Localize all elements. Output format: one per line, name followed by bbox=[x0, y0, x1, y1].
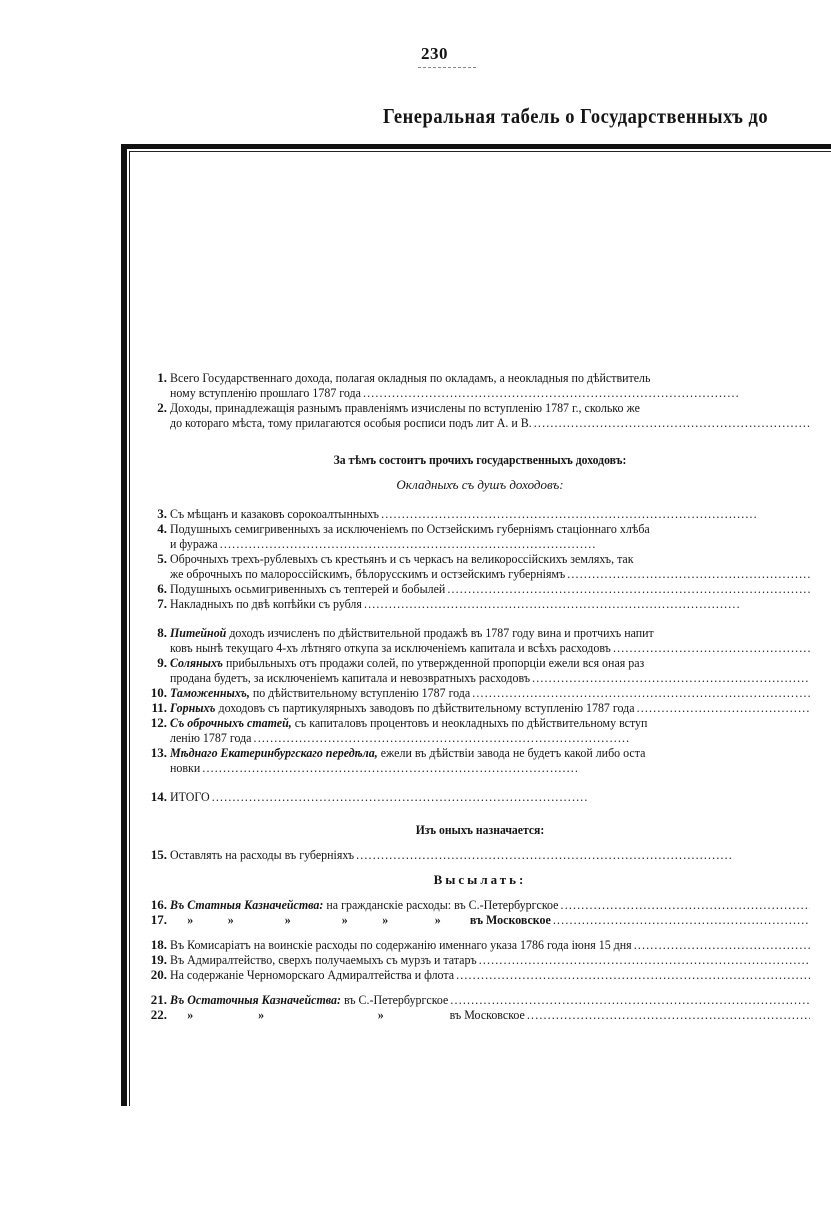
item-italic-lead: Соляныхъ bbox=[170, 655, 223, 670]
item-text: Питейной доходъ изчисленъ по дѣйствитель… bbox=[170, 625, 759, 640]
section-subheading-capitation: Окладныхъ съ душъ доходовъ: bbox=[150, 477, 810, 492]
item-text: Въ Комисаріатъ на воинскіе расходы по со… bbox=[170, 937, 759, 952]
item-text-rest: доходовъ съ партикулярныхъ заводовъ по д… bbox=[215, 700, 634, 715]
item-text-rest: по дѣйствительному вступленію 1787 года bbox=[250, 685, 470, 700]
list-item-21: 21. Въ Остаточныя Казначейства: въ С.-Пе… bbox=[150, 992, 810, 1007]
item-text: Въ Остаточныя Казначейства: въ С.-Петерб… bbox=[170, 992, 759, 1007]
item-text: Мѣднаго Екатеринбургскаго передѣла, ежел… bbox=[170, 745, 759, 760]
item-italic-lead: Въ Статныя Казначейства: bbox=[170, 897, 323, 912]
item-text-continued: до котораго мѣста, тому прилагаются особ… bbox=[170, 415, 759, 430]
ditto-marks: »»»»»» bbox=[170, 912, 470, 927]
item-text: Съ оброчныхъ статей, съ капиталовъ проце… bbox=[170, 715, 759, 730]
item-text: Доходы, принадлежащія разнымъ правленіям… bbox=[170, 400, 759, 415]
table-body: 1. Всего Государственнаго дохода, полага… bbox=[150, 370, 810, 1022]
item-italic-lead: Таможенныхъ, bbox=[170, 685, 250, 700]
item-number: 4. bbox=[150, 521, 167, 536]
section-heading-other-revenues: За тѣмъ состоитъ прочихъ государственных… bbox=[183, 452, 777, 467]
item-text: Накладныхъ по двѣ копѣйки съ рубля bbox=[170, 596, 759, 611]
item-text: Всего Государственнаго дохода, полагая о… bbox=[170, 370, 759, 385]
item-text: Оставлять на расходы въ губерніяхъ bbox=[170, 847, 759, 862]
item-number: 7. bbox=[150, 596, 167, 611]
item-text-rest: въ Московское bbox=[450, 1007, 525, 1022]
list-item-15: 15. Оставлять на расходы въ губерніяхъ bbox=[150, 847, 810, 862]
item-text-continued: продана будетъ, за исключеніемъ капитала… bbox=[170, 670, 759, 685]
item-number: 8. bbox=[150, 625, 167, 640]
list-item-16: 16. Въ Статныя Казначейства: на гражданс… bbox=[150, 897, 810, 912]
item-number: 22. bbox=[150, 1007, 167, 1022]
item-text: Оброчныхъ трехъ-рублевыхъ съ крестьянъ и… bbox=[170, 551, 759, 566]
item-number: 16. bbox=[150, 897, 167, 912]
item-number: 11. bbox=[150, 700, 167, 715]
list-item-6: 6. Подушныхъ осьмигривенныхъ съ тептерей… bbox=[150, 581, 810, 596]
item-text: Соляныхъ прибыльныхъ отъ продажи солей, … bbox=[170, 655, 759, 670]
item-number: 6. bbox=[150, 581, 167, 596]
ditto-marks: »»» bbox=[170, 1007, 450, 1022]
item-number: 10. bbox=[150, 685, 167, 700]
list-item-13: 13. Мѣднаго Екатеринбургскаго передѣла, … bbox=[150, 745, 810, 775]
item-text: Въ Статныя Казначейства: на гражданскіе … bbox=[170, 897, 759, 912]
item-number: 17. bbox=[150, 912, 167, 927]
item-number: 3. bbox=[150, 506, 167, 521]
item-text-continued: и фуража bbox=[170, 536, 759, 551]
section-heading-assigned: Изъ оныхъ назначается: bbox=[183, 822, 777, 837]
list-item-4: 4. Подушныхъ семигривенныхъ за исключені… bbox=[150, 521, 810, 551]
item-number: 2. bbox=[150, 400, 167, 415]
item-number: 18. bbox=[150, 937, 167, 952]
item-text-rest: въ С.-Петербургское bbox=[341, 992, 448, 1007]
item-number: 9. bbox=[150, 655, 167, 670]
item-text-rest: въ Московское bbox=[470, 912, 551, 927]
list-item-22: 22. »»»въ Московское bbox=[150, 1007, 810, 1022]
item-number: 19. bbox=[150, 952, 167, 967]
item-text: На содержаніе Черноморскаго Адмиралтейст… bbox=[170, 967, 759, 982]
list-item-18: 18. Въ Комисаріатъ на воинскіе расходы п… bbox=[150, 937, 810, 952]
item-text: ИТОГО bbox=[170, 789, 759, 804]
list-item-8: 8. Питейной доходъ изчисленъ по дѣйствит… bbox=[150, 625, 810, 655]
item-text: Въ Адмиралтейство, сверхъ получаемыхъ съ… bbox=[170, 952, 759, 967]
item-text-rest: прибыльныхъ отъ продажи солей, по утверж… bbox=[223, 655, 644, 670]
item-number: 12. bbox=[150, 715, 167, 730]
item-number: 15. bbox=[150, 847, 167, 862]
item-number: 1. bbox=[150, 370, 167, 385]
list-item-19: 19. Въ Адмиралтейство, сверхъ получаемых… bbox=[150, 952, 810, 967]
list-item-7: 7. Накладныхъ по двѣ копѣйки съ рубля bbox=[150, 596, 810, 611]
item-text-continued: ному вступленію прошлаго 1787 года bbox=[170, 385, 759, 400]
page-number-rule bbox=[418, 67, 476, 68]
item-text-continued: ковъ нынѣ текущаго 4-хъ лѣтняго откупа з… bbox=[170, 640, 759, 655]
item-number: 5. bbox=[150, 551, 167, 566]
item-italic-lead: Питейной bbox=[170, 625, 226, 640]
item-text-continued: ленію 1787 года bbox=[170, 730, 759, 745]
list-item-11: 11. Горныхъ доходовъ съ партикулярныхъ з… bbox=[150, 700, 810, 715]
page-title: Генеральная табель о Государственныхъ до bbox=[383, 104, 768, 129]
item-text-rest: доходъ изчисленъ по дѣйствительной прода… bbox=[226, 625, 653, 640]
list-item-3: 3. Съ мѣщанъ и казаковъ сорокоалтынныхъ bbox=[150, 506, 810, 521]
list-item-17: 17. »»»»»»въ Московское bbox=[150, 912, 810, 927]
item-italic-lead: Мѣднаго Екатеринбургскаго передѣла, bbox=[170, 745, 378, 760]
item-italic-lead: Горныхъ bbox=[170, 700, 215, 715]
item-text: Подушныхъ семигривенныхъ за исключеніемъ… bbox=[170, 521, 759, 536]
item-number: 20. bbox=[150, 967, 167, 982]
list-item-9: 9. Соляныхъ прибыльныхъ отъ продажи соле… bbox=[150, 655, 810, 685]
item-italic-lead: Съ оброчныхъ статей, bbox=[170, 715, 292, 730]
page-number: 230 bbox=[421, 44, 448, 64]
item-text: »»»»»»въ Московское bbox=[170, 912, 759, 927]
item-number: 13. bbox=[150, 745, 167, 760]
item-text-continued: же оброчныхъ по малороссійскимъ, бѣлорус… bbox=[170, 566, 759, 581]
item-text: Таможенныхъ, по дѣйствительному вступлен… bbox=[170, 685, 759, 700]
item-text: Горныхъ доходовъ съ партикулярныхъ завод… bbox=[170, 700, 759, 715]
item-text: Съ мѣщанъ и казаковъ сорокоалтынныхъ bbox=[170, 506, 759, 521]
list-item-12: 12. Съ оброчныхъ статей, съ капиталовъ п… bbox=[150, 715, 810, 745]
list-item-2: 2. Доходы, принадлежащія разнымъ правлен… bbox=[150, 400, 810, 430]
item-text-rest: на гражданскіе расходы: въ С.-Петербургс… bbox=[323, 897, 558, 912]
list-item-5: 5. Оброчныхъ трехъ-рублевыхъ съ крестьян… bbox=[150, 551, 810, 581]
list-item-1: 1. Всего Государственнаго дохода, полага… bbox=[150, 370, 810, 400]
item-number: 14. bbox=[150, 789, 167, 804]
item-text-rest: ежели въ дѣйствіи завода не будетъ какой… bbox=[378, 745, 646, 760]
list-item-14-total: 14. ИТОГО bbox=[150, 789, 810, 804]
item-number: 21. bbox=[150, 992, 167, 1007]
section-heading-send: Высылать: bbox=[150, 872, 810, 887]
item-text-rest: съ капиталовъ процентовъ и неокладныхъ п… bbox=[292, 715, 648, 730]
item-italic-lead: Въ Остаточныя Казначейства: bbox=[170, 992, 341, 1007]
item-text-continued: новки bbox=[170, 760, 759, 775]
item-text: Подушныхъ осьмигривенныхъ съ тептерей и … bbox=[170, 581, 759, 596]
item-text: »»»въ Московское bbox=[170, 1007, 759, 1022]
list-item-10: 10. Таможенныхъ, по дѣйствительному всту… bbox=[150, 685, 810, 700]
list-item-20: 20. На содержаніе Черноморскаго Адмиралт… bbox=[150, 967, 810, 982]
